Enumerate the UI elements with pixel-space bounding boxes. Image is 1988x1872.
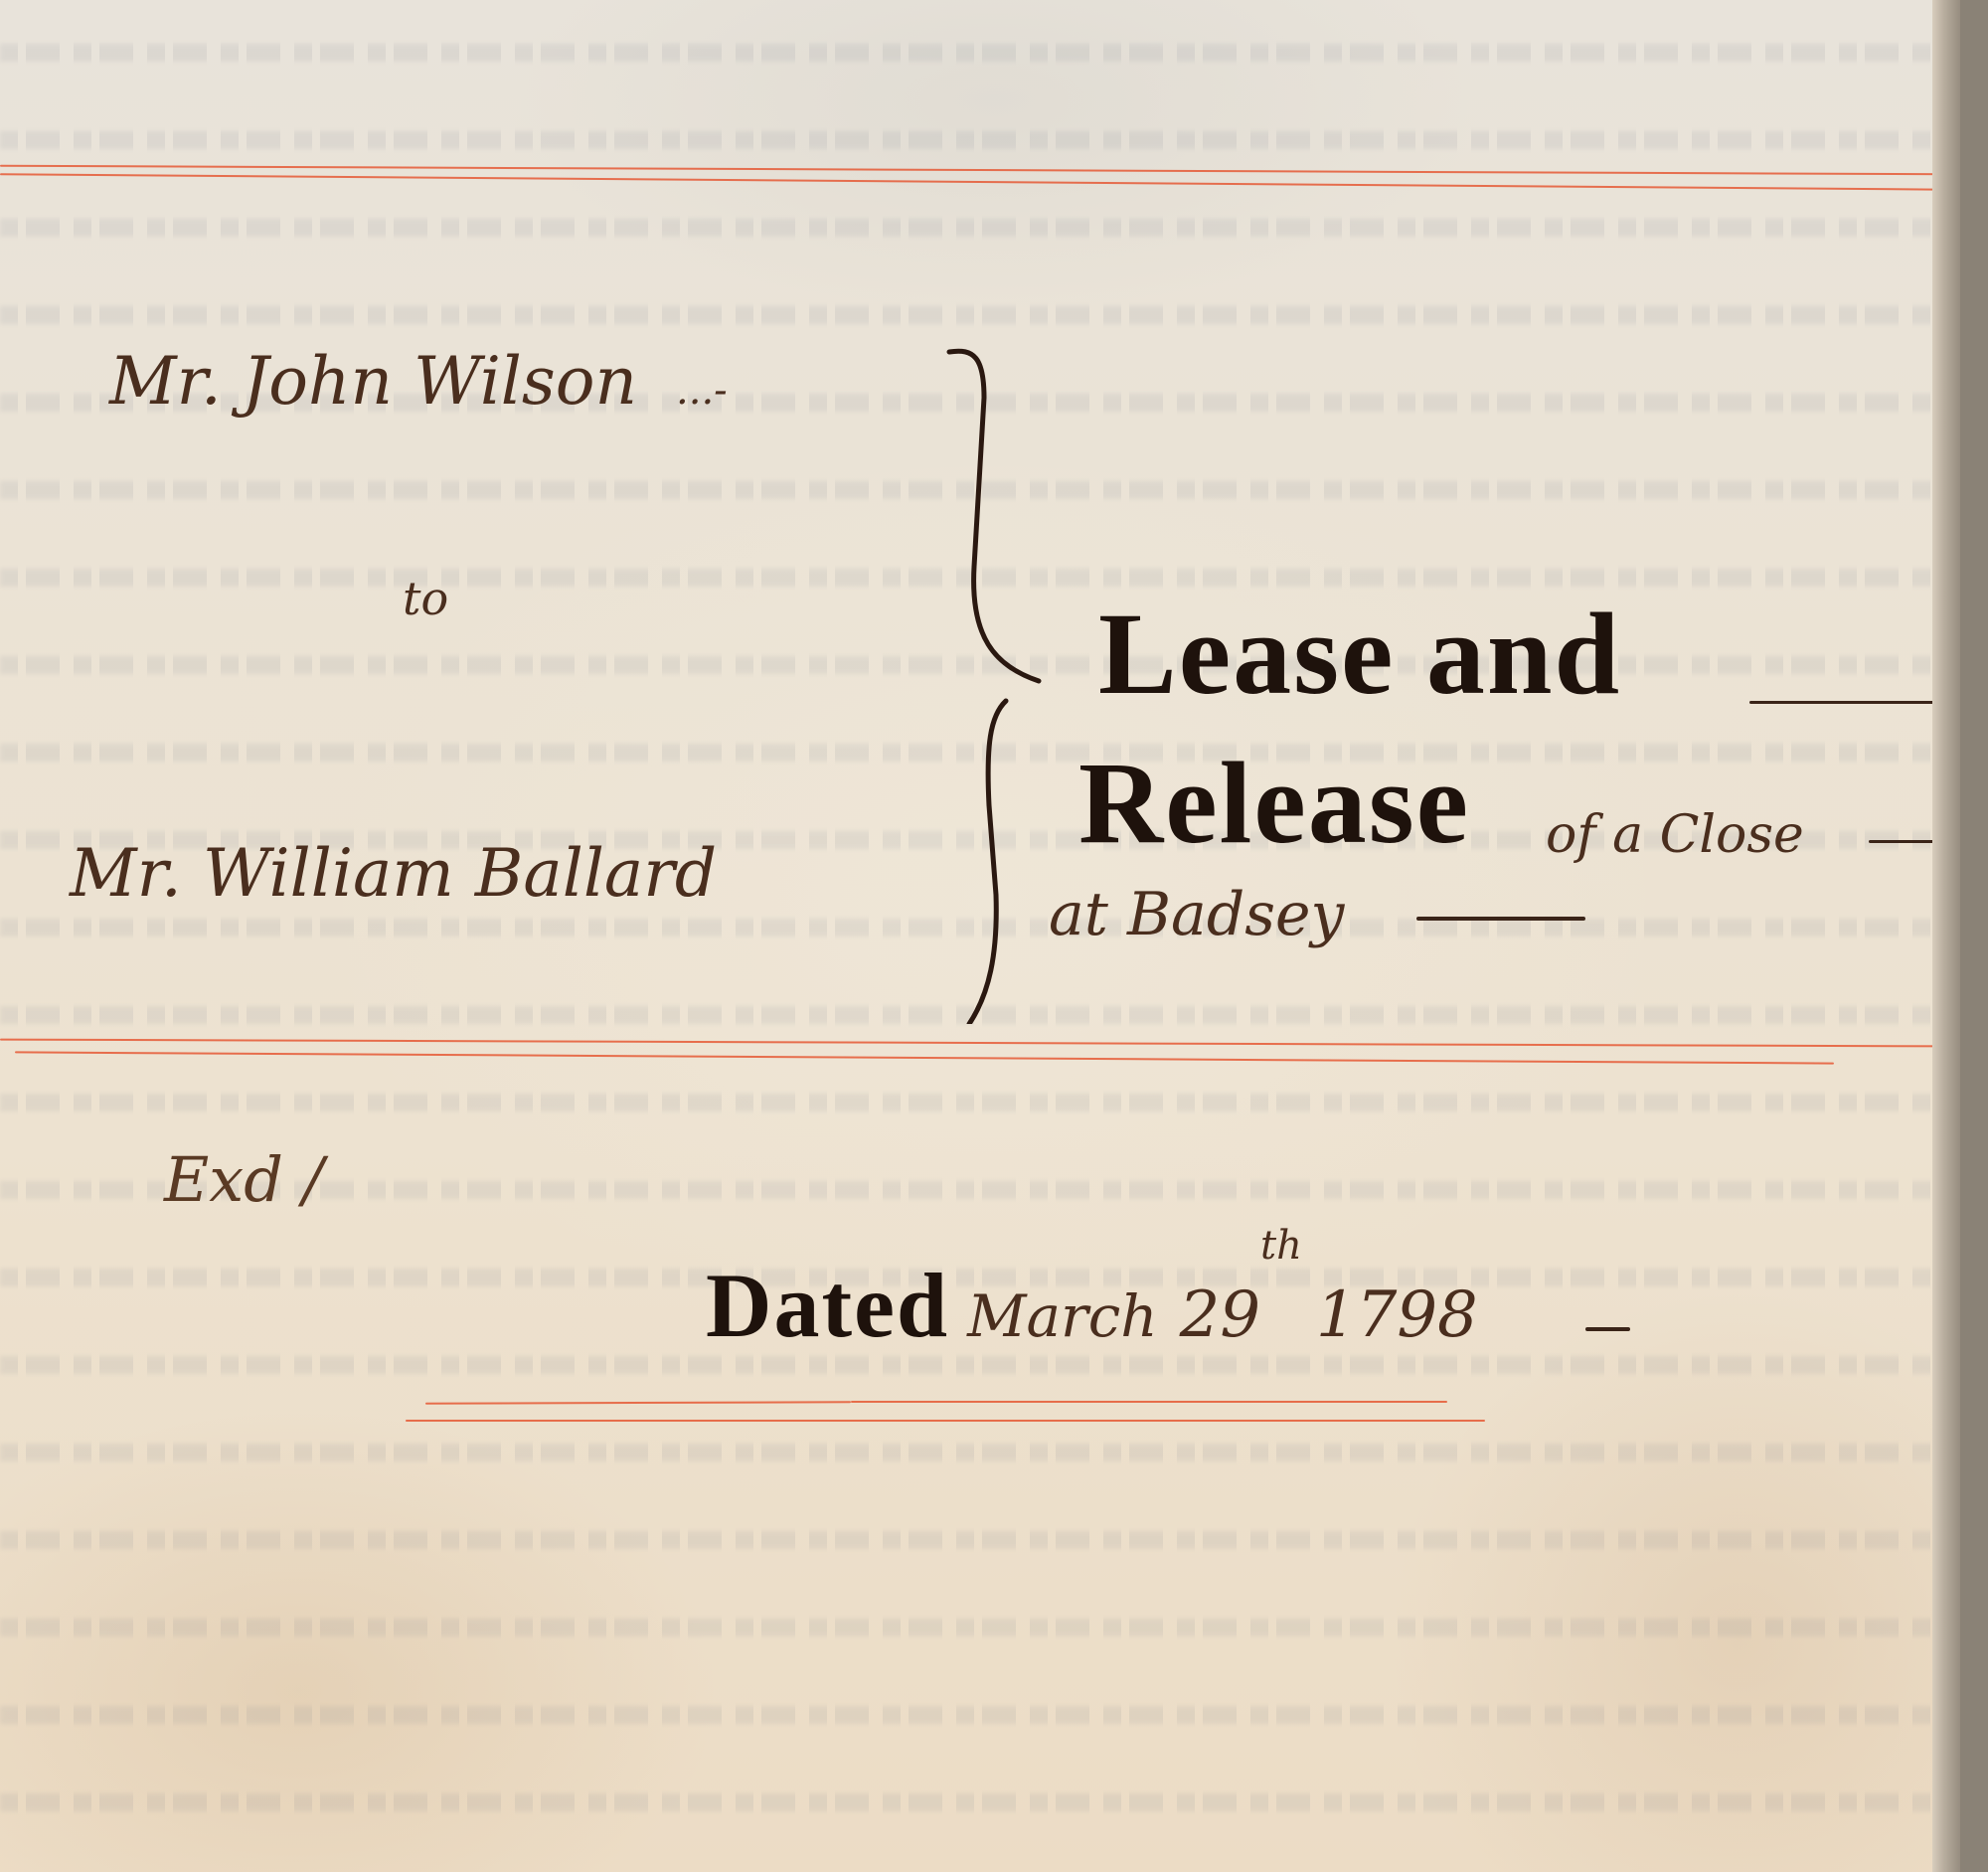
- dated-line: Dated March 29th 1798: [706, 1253, 1478, 1358]
- brace: [934, 338, 1054, 1024]
- party-to: Mr. William Ballard: [70, 835, 717, 912]
- date-day-suffix: th: [1260, 1223, 1302, 1269]
- connector-to: to: [403, 572, 448, 625]
- date-day: 29: [1180, 1278, 1260, 1352]
- title-line2: Release: [1078, 736, 1470, 871]
- party-from-name: Mr. John Wilson: [109, 343, 637, 420]
- title-line1-text: Lease and: [1098, 589, 1621, 719]
- red-rule-mid-1: [0, 1039, 1948, 1048]
- parchment-page: Mr. John Wilson ...- to Mr. William Ball…: [0, 0, 1960, 1872]
- red-rule-mid-2: [15, 1051, 1834, 1064]
- title-line1: Lease and: [1098, 587, 1621, 722]
- title-line2-text: Release: [1078, 738, 1470, 868]
- date-month: March: [967, 1282, 1158, 1350]
- red-rule-top-2: [0, 173, 1948, 190]
- red-rule-bottom-1: [425, 1401, 851, 1404]
- examined-mark: Exd /: [164, 1143, 324, 1216]
- title-line1-dash: [1749, 701, 1943, 704]
- location: at Badsey: [1049, 880, 1344, 949]
- dated-label: Dated: [706, 1255, 949, 1356]
- date-end-flourish: [1585, 1327, 1630, 1331]
- red-rule-bottom-2: [406, 1420, 1485, 1422]
- page-edge: [1932, 0, 1960, 1872]
- location-dash: [1416, 917, 1585, 921]
- party-from: Mr. John Wilson ...-: [109, 343, 728, 420]
- red-rule-bottom-1b: [851, 1401, 1447, 1403]
- party-from-trail: ...-: [676, 368, 728, 414]
- red-rule-top-1: [0, 165, 1948, 176]
- subtitle-tail: of a Close: [1546, 805, 1804, 865]
- date-year: 1798: [1316, 1278, 1478, 1352]
